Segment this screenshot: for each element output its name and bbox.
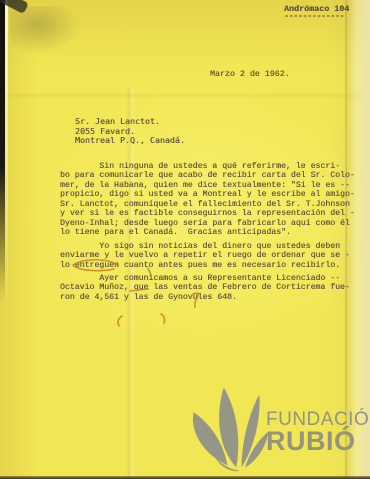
recipient-address-block: Sr. Jean Lanctot. 2055 Favard. Montreal … bbox=[75, 117, 185, 146]
watermark-rubio: RUBIÓ bbox=[266, 429, 369, 454]
watermark-text: FUNDACIÓ RUBIÓ bbox=[266, 410, 369, 454]
body-paragraph-1: Sin ninguna de ustedes a qué referirme, … bbox=[60, 162, 362, 238]
scanned-letter-page: Andrómaco 104 ------------- Marzo 2 de 1… bbox=[0, 0, 370, 479]
leaf-icon bbox=[190, 384, 270, 476]
letter-date: Marzo 2 de 1962. bbox=[210, 70, 290, 79]
paren-left-mark bbox=[118, 316, 122, 326]
handwritten-marks bbox=[60, 255, 230, 335]
reference-underline: ------------- bbox=[284, 11, 344, 21]
left-paper-highlight bbox=[5, 0, 8, 330]
underline-las-mark bbox=[130, 289, 148, 291]
paren-right-mark bbox=[161, 314, 165, 323]
topleft-shadow bbox=[10, 6, 80, 54]
horizontal-fold-crease bbox=[0, 92, 370, 99]
fundacio-rubio-watermark: FUNDACIÓ RUBIÓ bbox=[190, 384, 366, 476]
oval-mark-over-ayer bbox=[73, 260, 117, 271]
squiggle-below-ventas bbox=[193, 293, 198, 307]
tick-mark-over-que bbox=[148, 268, 151, 275]
